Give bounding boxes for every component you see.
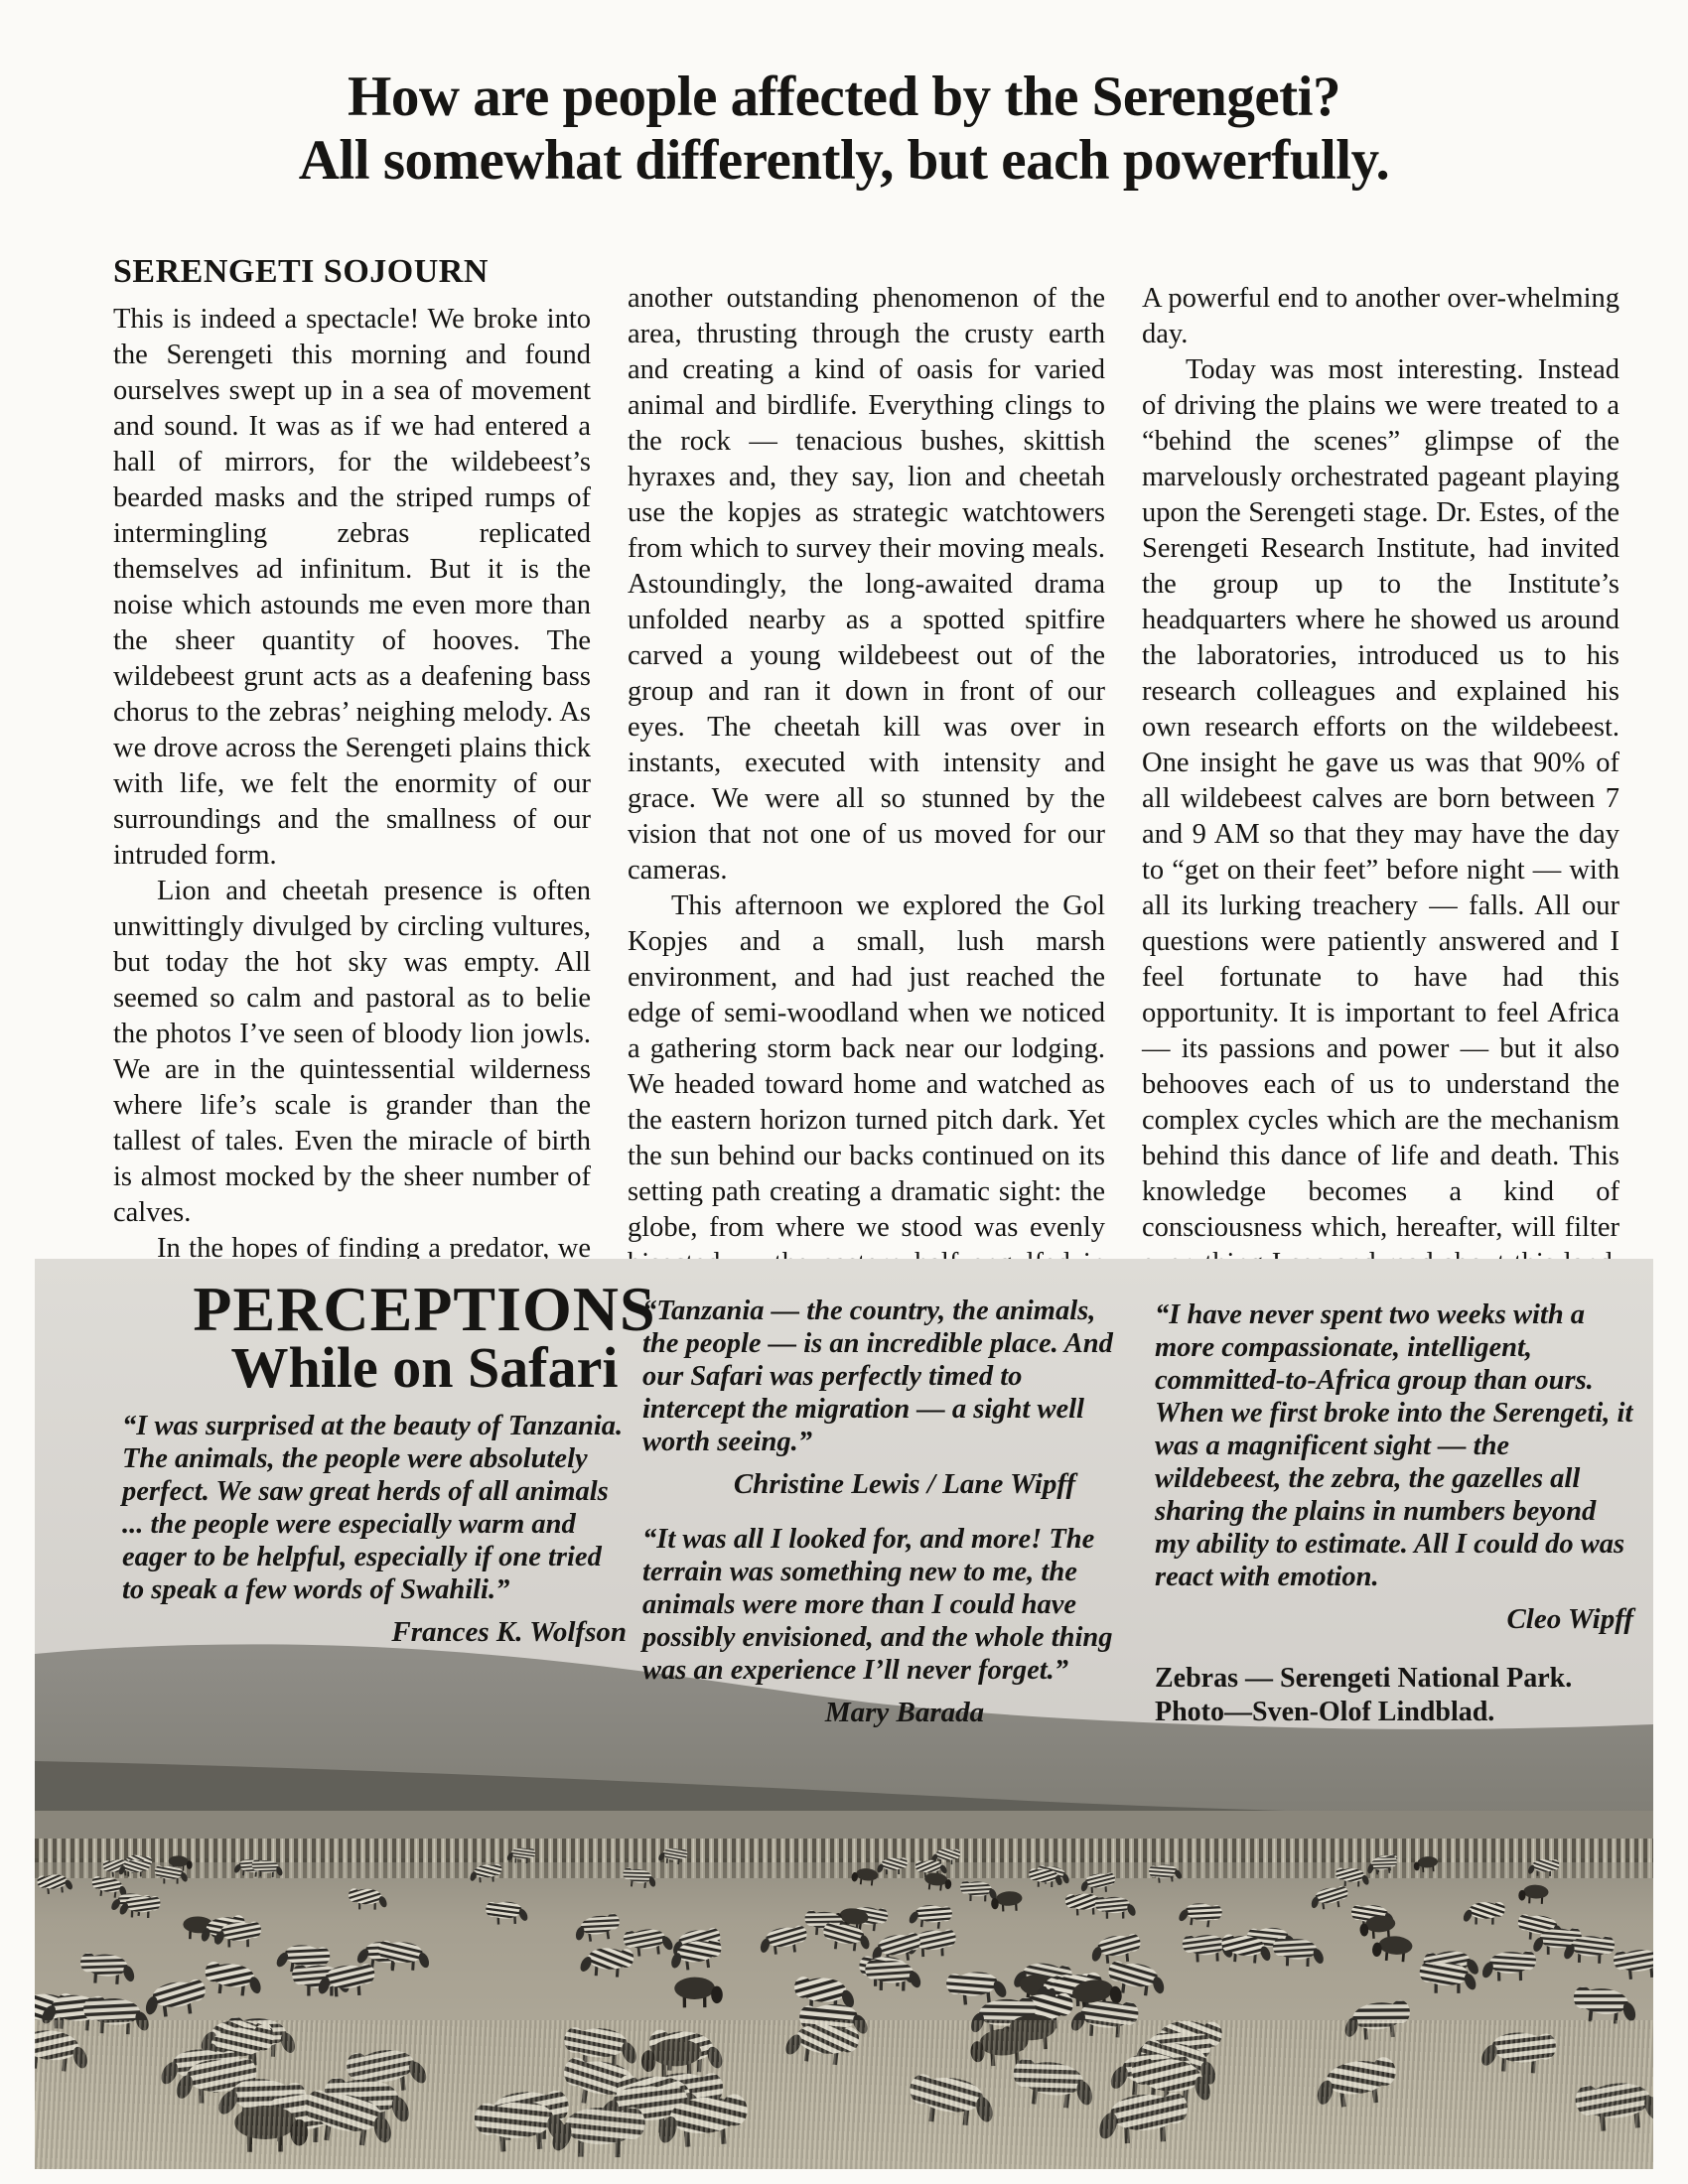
quote-attribution: Mary Barada bbox=[642, 1697, 1117, 1729]
quote: “I have never spent two weeks with a mor… bbox=[1155, 1298, 1633, 1593]
photo-caption-line-2: Photo—Sven-Olof Lindblad. bbox=[1155, 1697, 1494, 1727]
quote-attribution: Cleo Wipff bbox=[1155, 1603, 1633, 1636]
article-column-2: another outstanding phenomenon of the ar… bbox=[628, 254, 1105, 1374]
photo-caption-line-1: Zebras — Serengeti National Park. bbox=[1155, 1663, 1572, 1694]
quote-column-left: “I was surprised at the beauty of Tanzan… bbox=[122, 1410, 627, 1671]
article-column-3: A powerful end to another over-whelming … bbox=[1142, 254, 1619, 1374]
quote-column-middle: “Tanzania — the country, the animals, th… bbox=[642, 1295, 1117, 1751]
foreground-grass bbox=[35, 2020, 1653, 2169]
article-column-1: SERENGETI SOJOURN This is indeed a spect… bbox=[113, 254, 591, 1374]
page-headline: How are people affected by the Serengeti… bbox=[0, 66, 1688, 194]
quote-attribution: Christine Lewis / Lane Wipff bbox=[642, 1468, 1117, 1501]
paragraph: Today was most interesting. Instead of d… bbox=[1142, 352, 1619, 1317]
paragraph: another outstanding phenomenon of the ar… bbox=[628, 281, 1105, 888]
photo-caption: Zebras — Serengeti National Park. Photo—… bbox=[1155, 1662, 1633, 1729]
article-heading: SERENGETI SOJOURN bbox=[113, 254, 591, 290]
paragraph: Lion and cheetah presence is often unwit… bbox=[113, 874, 591, 1231]
headline-line-1: How are people affected by the Serengeti… bbox=[0, 66, 1688, 129]
quote: “It was all I looked for, and more! The … bbox=[642, 1523, 1117, 1687]
zebra-photo-panel: PERCEPTIONS While on Safari “I was surpr… bbox=[35, 1259, 1653, 2169]
photo-plain-band bbox=[35, 1811, 1653, 1841]
headline-line-2: All somewhat differently, but each power… bbox=[0, 129, 1688, 193]
magazine-page: { "colors": { "ink": "#161513", "panel_s… bbox=[0, 0, 1688, 2184]
paragraph: A powerful end to another over-whelming … bbox=[1142, 281, 1619, 352]
quote-column-right: “I have never spent two weeks with a mor… bbox=[1155, 1298, 1633, 1729]
paragraph: This is indeed a spectacle! We broke int… bbox=[113, 302, 591, 874]
quote: “Tanzania — the country, the animals, th… bbox=[642, 1295, 1117, 1458]
quote: “I was surprised at the beauty of Tanzan… bbox=[122, 1410, 627, 1606]
quote-attribution: Frances K. Wolfson bbox=[122, 1616, 627, 1649]
article: SERENGETI SOJOURN This is indeed a spect… bbox=[113, 254, 1619, 1374]
